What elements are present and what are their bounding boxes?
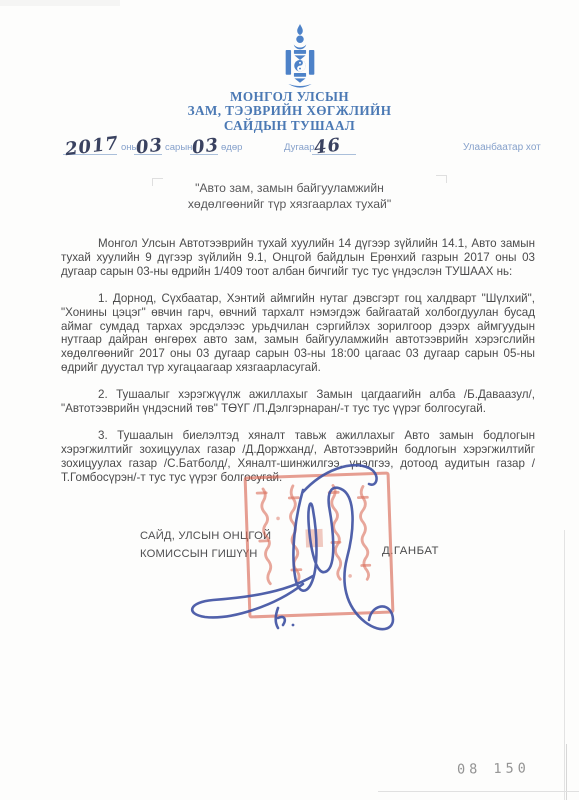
scan-edge-artifact <box>0 0 120 6</box>
document-title: "Авто зам, замын байгууламжийн хөдөлгөөн… <box>0 181 579 212</box>
header-line-ministry: ЗАМ, ТЭЭВРИЙН ХӨГЖЛИЙН <box>0 104 579 118</box>
handwritten-month: 03 <box>135 134 164 158</box>
number-label: Дугаар <box>284 142 315 153</box>
signature-scribble <box>183 456 445 658</box>
title-line-2: хөдөлгөөнийг түр хязгаарлах тухай" <box>0 197 579 213</box>
handwritten-year: 2017 <box>64 133 120 160</box>
order-item-2: 2. Тушаалыг хэрэгжүүлж ажиллахыг Замын ц… <box>61 388 535 416</box>
ministry-header: МОНГОЛ УЛСЫН ЗАМ, ТЭЭВРИЙН ХӨГЖЛИЙН САЙД… <box>0 90 579 133</box>
title-line-1: "Авто зам, замын байгууламжийн <box>0 181 579 197</box>
archive-page-number: 08 150 <box>457 760 530 777</box>
handwritten-order-number: 46 <box>313 134 342 158</box>
scan-edge-line-bottom <box>378 791 579 792</box>
day-underline: 03 <box>190 134 218 155</box>
handwritten-day: 03 <box>191 134 220 158</box>
scanned-ministerial-order-document: МОНГОЛ УЛСЫН ЗАМ, ТЭЭВРИЙН ХӨГЖЛИЙН САЙД… <box>0 0 579 800</box>
year-underline: 2017 <box>63 134 117 155</box>
month-underline: 03 <box>134 134 162 155</box>
order-item-1: 1. Дорнод, Сүхбаатар, Хэнтий аймгийн нут… <box>61 292 535 375</box>
scan-edge-line-right <box>564 530 565 800</box>
day-label: өдөр <box>221 142 242 153</box>
city-label: Улаанбаатар хот <box>463 142 541 153</box>
date-line: 2017 оны 03 сарын 03 өдөр Дугаар 46 Улаа… <box>0 128 579 158</box>
month-label: сарын <box>165 142 192 153</box>
soyombo-emblem-icon <box>263 24 337 90</box>
preamble-paragraph: Монгол Улсын Автотээврийн тухай хуулийн … <box>61 237 535 279</box>
number-underline: 46 <box>312 134 356 155</box>
header-line-country: МОНГОЛ УЛСЫН <box>0 90 579 104</box>
